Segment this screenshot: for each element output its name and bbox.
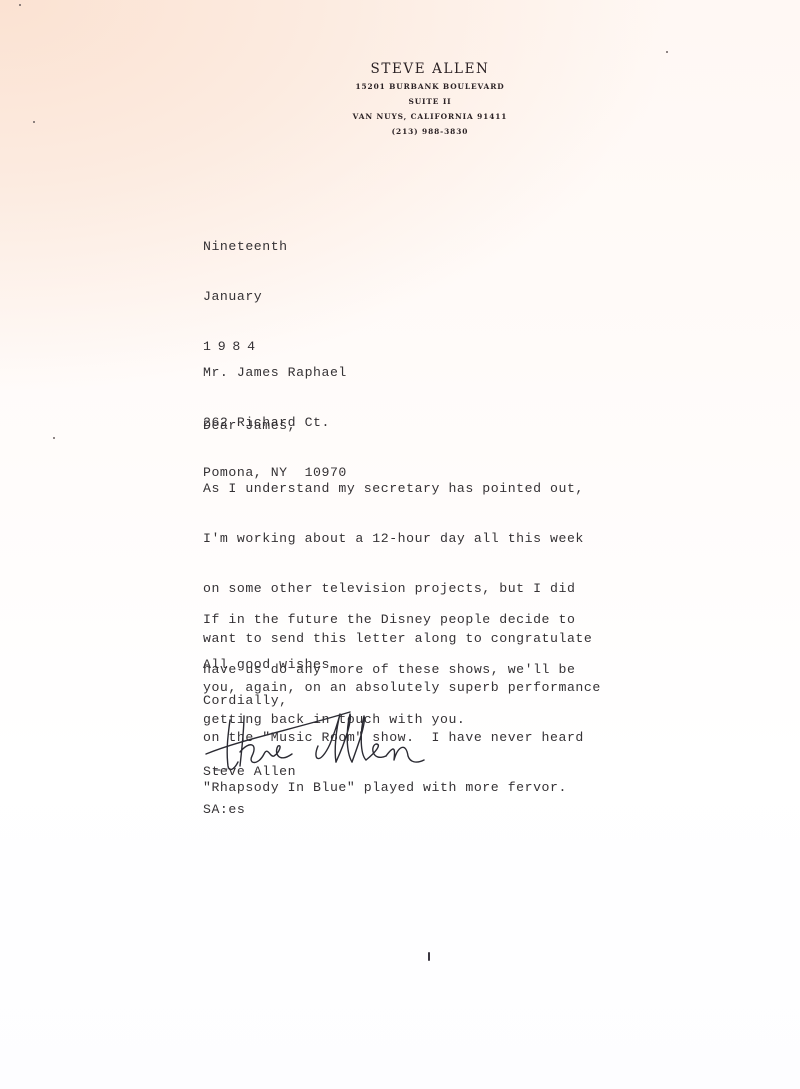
letterhead-city: VAN NUYS, CALIFORNIA 91411 <box>330 109 530 124</box>
letterhead-name: STEVE ALLEN <box>330 60 530 79</box>
paper-mark <box>428 952 430 961</box>
body-line: I'm working about a 12-hour day all this… <box>203 531 601 548</box>
reference-initials: SA:es <box>203 802 245 819</box>
salutation: Dear James, <box>203 418 296 435</box>
body-line: As I understand my secretary has pointed… <box>203 481 601 498</box>
recipient-name: Mr. James Raphael <box>203 365 347 382</box>
typed-signer-name: Steve Allen <box>203 764 296 781</box>
letterhead: STEVE ALLEN 15201 BURBANK BOULEVARD SUIT… <box>330 60 530 139</box>
closing-wishes: All good wishes. <box>203 657 338 674</box>
letter-page: STEVE ALLEN 15201 BURBANK BOULEVARD SUIT… <box>0 0 800 1089</box>
body-line: If in the future the Disney people decid… <box>203 612 575 629</box>
date-month: January <box>203 289 288 306</box>
letterhead-phone: (213) 988-3830 <box>330 124 530 139</box>
letterhead-suite: SUITE II <box>330 94 530 109</box>
paper-speck <box>666 51 668 53</box>
paper-speck <box>53 437 55 439</box>
letterhead-street: 15201 BURBANK BOULEVARD <box>330 79 530 94</box>
date-day: Nineteenth <box>203 239 288 256</box>
paper-speck <box>33 121 35 123</box>
paper-speck <box>19 4 21 6</box>
